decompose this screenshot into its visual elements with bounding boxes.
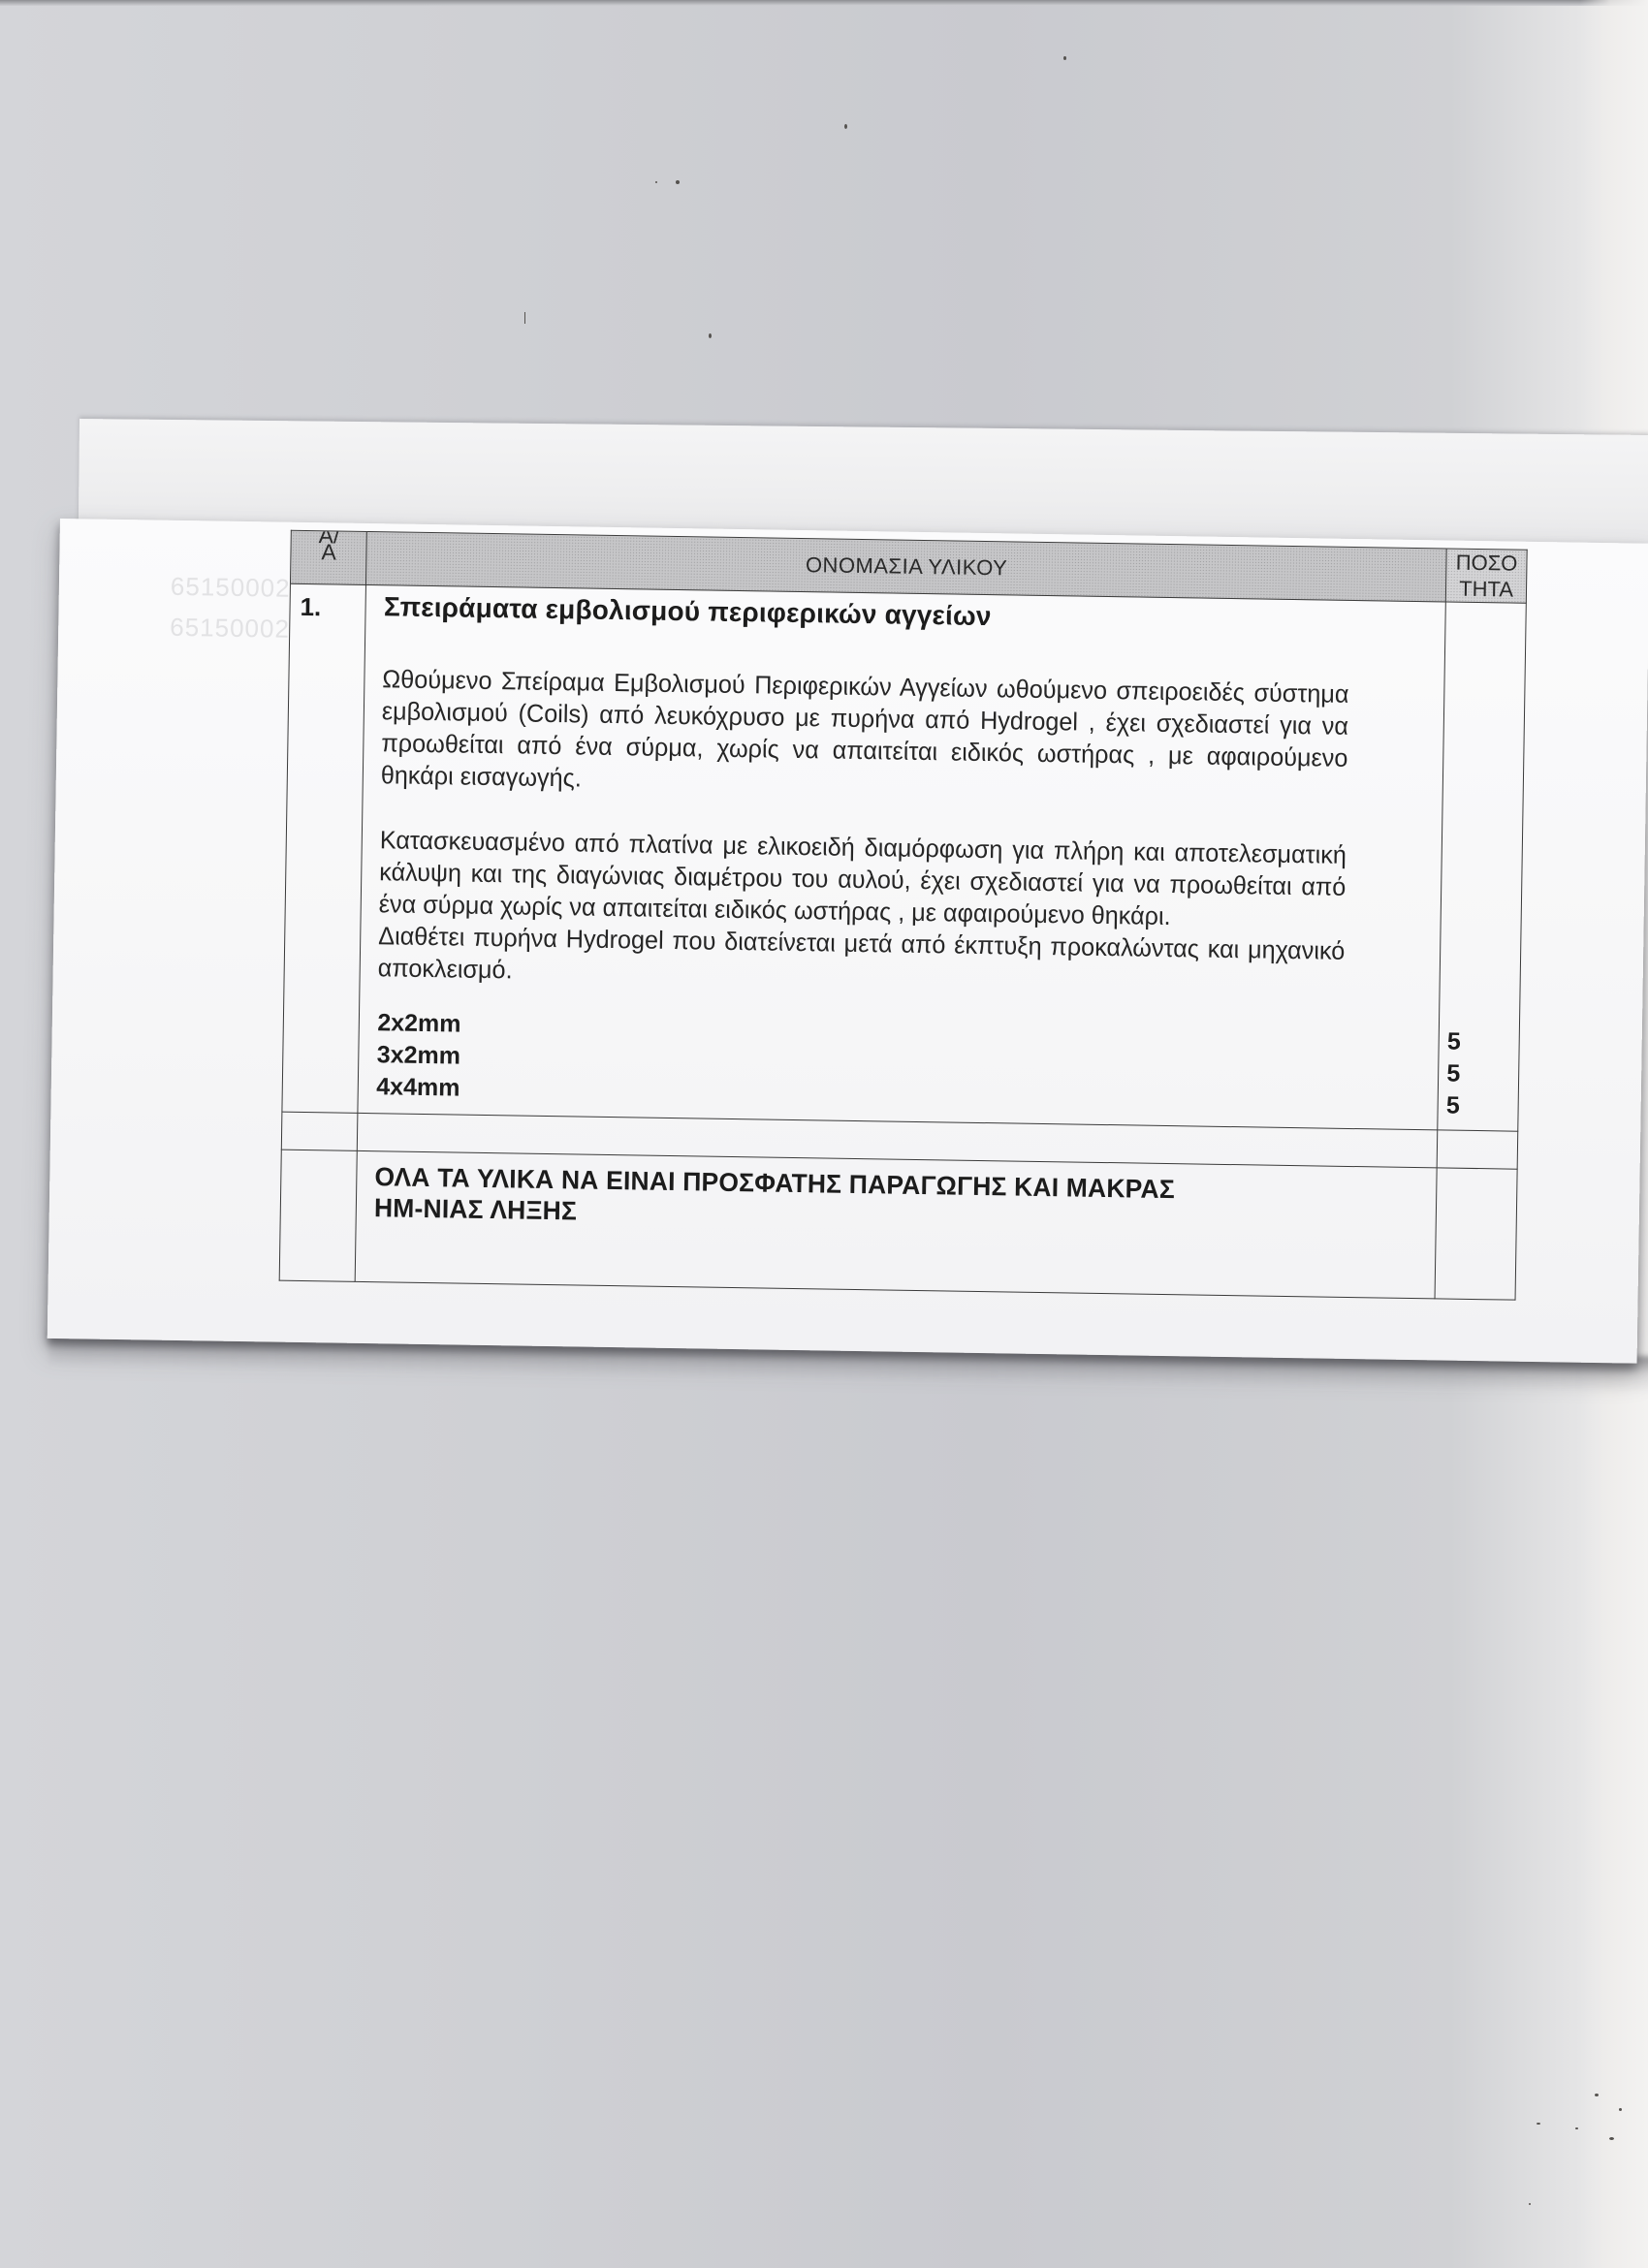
item-number: 1. <box>282 583 366 1113</box>
item-paragraph: Ωθούμενο Σπείραμα Εμβολισμού Περιφερικών… <box>381 663 1349 806</box>
scan-speck <box>676 180 680 184</box>
scan-speck <box>524 312 525 324</box>
table-row-note: ΟΛΑ ΤΑ ΥΛΙΚΑ ΝΑ ΕΙΝΑΙ ΠΡΟΣΦΑΤΗΣ ΠΑΡΑΓΩΓΗ… <box>279 1150 1517 1300</box>
empty-cell <box>279 1150 358 1281</box>
scan-speck <box>844 124 847 129</box>
item-description-cell: Σπειράματα εμβολισμού περιφερικών αγγείω… <box>358 584 1445 1129</box>
scan-speck <box>709 333 712 338</box>
scan-speck <box>1575 2127 1578 2129</box>
materials-table: Α/ Α ΟΝΟΜΑΣΙΑ ΥΛΙΚΟΥ ΠΟΣΟ ΤΗΤΑ 1. Σπειρά… <box>279 530 1528 1301</box>
scanner-edge <box>0 0 1648 6</box>
header-quantity: ΠΟΣΟ ΤΗΤΑ <box>1445 549 1527 603</box>
empty-cell <box>1435 1168 1517 1300</box>
document-page: 65150002 65150002 Α/ Α ΟΝΟΜΑΣΙΑ ΥΛΙΚΟΥ Π… <box>48 519 1648 1364</box>
table-row: 1. Σπειράματα εμβολισμού περιφερικών αγγ… <box>282 583 1526 1131</box>
empty-cell <box>281 1112 358 1150</box>
item-title: Σπειράματα εμβολισμού περιφερικών αγγείω… <box>384 591 1432 639</box>
quantity-value: 5 <box>1447 1026 1519 1059</box>
scan-speck <box>1529 2203 1531 2205</box>
header-quantity-line: ΠΟΣΟ <box>1446 549 1526 576</box>
header-serial-number: Α/ Α <box>290 530 366 584</box>
header-quantity-line: ΤΗΤΑ <box>1446 575 1526 602</box>
bleed-through-line: 65150002 <box>171 567 291 610</box>
bleed-through-line: 65150002 <box>170 607 290 649</box>
scan-speck <box>1619 2108 1622 2111</box>
scan-speck <box>1063 56 1066 60</box>
bleed-through-text: 65150002 65150002 <box>170 567 291 649</box>
item-quantities: 5 5 5 <box>1438 602 1526 1131</box>
quantity-value: 5 <box>1446 1090 1518 1123</box>
empty-cell <box>1437 1130 1517 1169</box>
scan-speck <box>1595 2094 1599 2096</box>
header-serial-line: Α <box>321 539 336 564</box>
scan-speck <box>655 181 657 183</box>
item-sizes: 2x2mm 3x2mm 4x4mm <box>376 1007 1425 1119</box>
scan-speck <box>1537 2123 1540 2125</box>
scan-speck <box>1609 2137 1614 2140</box>
quantity-value: 5 <box>1446 1058 1518 1091</box>
item-paragraph: Κατασκευασμένο από πλατίνα με ελικοειδή … <box>379 824 1347 935</box>
footer-note: ΟΛΑ ΤΑ ΥΛΙΚΑ ΝΑ ΕΙΝΑΙ ΠΡΟΣΦΑΤΗΣ ΠΑΡΑΓΩΓΗ… <box>356 1150 1415 1298</box>
